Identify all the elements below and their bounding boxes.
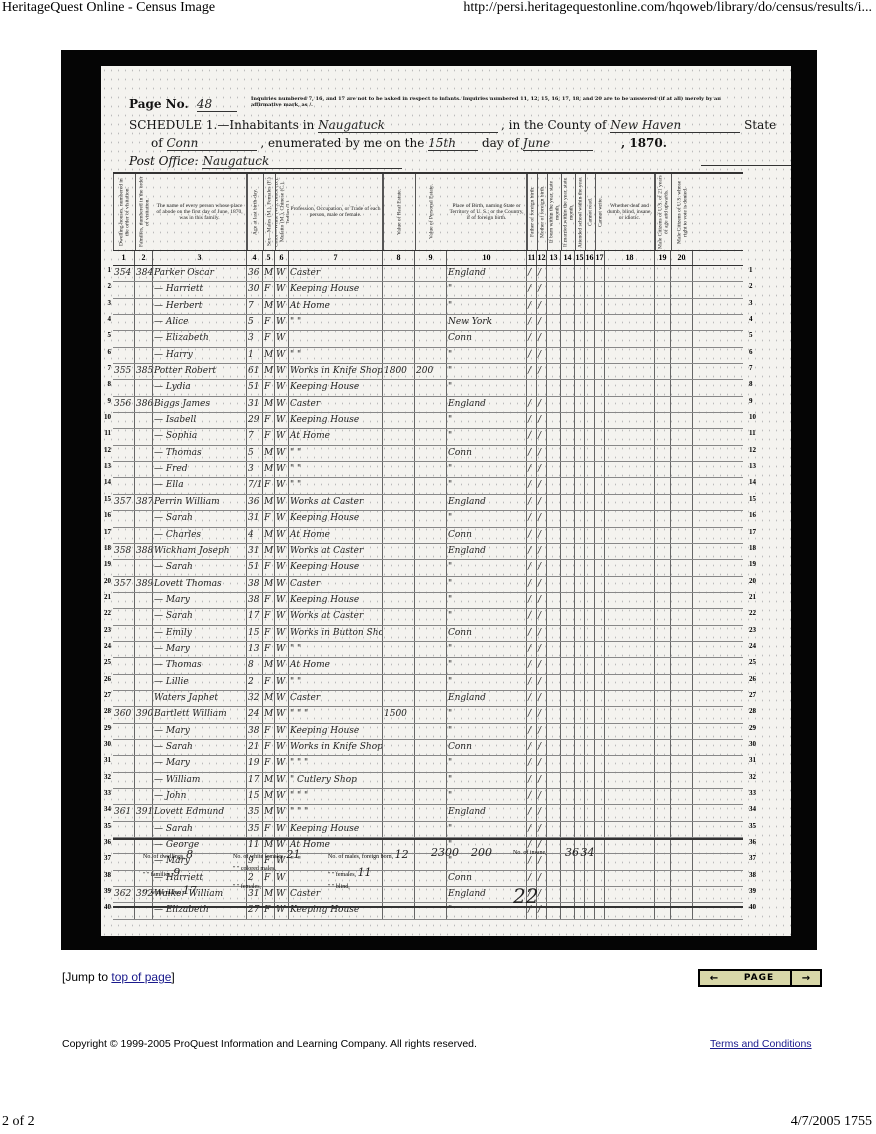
next-page-button[interactable]: → [790, 971, 820, 985]
cell-empty [655, 413, 671, 428]
cell-empty [671, 740, 693, 755]
cell-empty [605, 675, 655, 690]
cell-mp: / [537, 478, 547, 493]
cell-empty [655, 282, 671, 297]
line-number: 25 [101, 658, 111, 666]
cell-sex: F [263, 478, 275, 493]
table-row: 35— Sarah35FWKeeping House"//35 [113, 822, 743, 838]
line-number: 19 [101, 560, 111, 568]
cell-empty [585, 462, 595, 477]
cell-age: 7/12 [247, 478, 263, 493]
cell-birthplace: England [447, 495, 527, 510]
cell-personal: 200 [415, 364, 447, 379]
cell-empty [595, 364, 605, 379]
cell-empty [605, 658, 655, 673]
cell-empty [547, 380, 561, 395]
cell-sex: F [263, 822, 275, 837]
cell-sex: F [263, 724, 275, 739]
cell-age: 51 [247, 380, 263, 395]
cell-family [135, 511, 153, 526]
line-number: 5 [101, 331, 111, 339]
jump-to-top: [Jump to top of page] [62, 970, 175, 984]
cell-fp: / [527, 462, 537, 477]
cell-fp: / [527, 315, 537, 330]
table-row: 18358388Wickham Joseph31MWWorks at Caste… [113, 544, 743, 560]
cell-empty [655, 495, 671, 510]
table-row: 14— Ella7/12FW" ""//14 [113, 478, 743, 494]
cell-age: 35 [247, 822, 263, 837]
cell-name: — Mary [153, 593, 247, 608]
page-summary: No. of dwellings, 8 " " families, 9 " " … [113, 838, 743, 908]
cell-empty [595, 495, 605, 510]
line-number: 14 [101, 478, 111, 486]
line-number-right: 7 [749, 364, 761, 372]
cell-real: 1500 [383, 707, 415, 722]
real-estate-total: 2300 [431, 846, 459, 859]
column-number-6: 6 [275, 251, 289, 265]
cell-sex: F [263, 626, 275, 641]
table-row: 29— Mary38FWKeeping House"//29 [113, 724, 743, 740]
cell-sex: M [263, 691, 275, 706]
cell-name: Perrin William [153, 495, 247, 510]
cell-occupation: Keeping House [289, 593, 383, 608]
line-number-right: 40 [749, 903, 761, 911]
cell-empty [671, 789, 693, 804]
cell-dwelling [113, 528, 135, 543]
cell-color: W [275, 495, 289, 510]
cell-age: 38 [247, 724, 263, 739]
line-number-right: 23 [749, 626, 761, 634]
column-number-18: 18 [605, 251, 655, 265]
cell-mp: / [537, 266, 547, 281]
cell-empty [561, 707, 575, 722]
cell-empty [575, 577, 585, 592]
cell-fp: / [527, 528, 537, 543]
cell-occupation: At Home [289, 658, 383, 673]
line-number-right: 8 [749, 380, 761, 388]
cell-dwelling [113, 315, 135, 330]
cell-empty [595, 756, 605, 771]
column-number-8: 8 [383, 251, 415, 265]
line-number: 3 [101, 299, 111, 307]
cell-empty [655, 626, 671, 641]
cell-color: W [275, 724, 289, 739]
cell-empty [585, 511, 595, 526]
cell-empty [671, 560, 693, 575]
cell-age: 15 [247, 789, 263, 804]
top-of-page-link[interactable]: top of page [111, 970, 171, 984]
column-number-10: 10 [447, 251, 527, 265]
census-image-viewer: Page No. 48 Inquiries numbered 7, 16, an… [61, 50, 817, 950]
page-label: PAGE [728, 971, 790, 985]
cell-family [135, 626, 153, 641]
cell-empty [605, 609, 655, 624]
day-value: 15th [428, 136, 478, 151]
cell-family: 385 [135, 364, 153, 379]
cell-empty [585, 560, 595, 575]
cell-family [135, 609, 153, 624]
cell-empty [595, 740, 605, 755]
line-number-right: 17 [749, 528, 761, 536]
terms-and-conditions-link[interactable]: Terms and Conditions [710, 1038, 812, 1050]
cell-occupation: Caster [289, 266, 383, 281]
cell-fp: / [527, 593, 537, 608]
cell-mp: / [537, 789, 547, 804]
cell-birthplace: England [447, 266, 527, 281]
cell-empty [655, 593, 671, 608]
foreign-males-count: No. of males, foreign born, 12 [328, 848, 409, 861]
line-number-right: 28 [749, 707, 761, 715]
cell-age: 35 [247, 805, 263, 820]
cell-color: W [275, 626, 289, 641]
cell-real [383, 658, 415, 673]
cell-birthplace: " [447, 773, 527, 788]
cell-empty [585, 413, 595, 428]
cell-personal [415, 740, 447, 755]
cell-sex: M [263, 364, 275, 379]
cell-empty [585, 724, 595, 739]
cell-mp: / [537, 495, 547, 510]
cell-color: W [275, 805, 289, 820]
cell-occupation: Keeping House [289, 380, 383, 395]
cell-empty [655, 528, 671, 543]
cell-empty [655, 446, 671, 461]
cell-empty [605, 331, 655, 346]
cell-personal [415, 315, 447, 330]
line-number: 32 [101, 773, 111, 781]
cell-family: 391 [135, 805, 153, 820]
column-number-13: 13 [547, 251, 561, 265]
cell-sex: F [263, 740, 275, 755]
page-navigator: ← PAGE → [698, 969, 822, 987]
cell-empty [595, 528, 605, 543]
cell-personal [415, 626, 447, 641]
cell-mp: / [537, 805, 547, 820]
cell-real [383, 691, 415, 706]
cell-color: W [275, 429, 289, 444]
cell-dwelling: 356 [113, 397, 135, 412]
table-row: 22— Sarah17FWWorks at Caster"//22 [113, 609, 743, 625]
line-number: 35 [101, 822, 111, 830]
cell-empty [595, 593, 605, 608]
cell-mp: / [537, 331, 547, 346]
cell-dwelling [113, 822, 135, 837]
table-row: 34361391Lovett Edmund35MW" " "England//3… [113, 805, 743, 821]
cell-fp: / [527, 266, 537, 281]
cell-family [135, 348, 153, 363]
cell-personal [415, 397, 447, 412]
cell-color: W [275, 413, 289, 428]
cell-real [383, 773, 415, 788]
table-row: 9356386Biggs James31MWCasterEngland//9 [113, 397, 743, 413]
cell-empty [547, 315, 561, 330]
line-number: 37 [101, 854, 111, 862]
cell-empty [605, 348, 655, 363]
cell-birthplace: " [447, 658, 527, 673]
census-year: , 1870. [621, 136, 667, 150]
cell-empty [605, 282, 655, 297]
column-number-20: 20 [671, 251, 693, 265]
post-office-line: Post Office: Naugatuck [129, 154, 402, 169]
cell-empty [671, 478, 693, 493]
cell-personal [415, 724, 447, 739]
blind-count: " " blind, [328, 884, 350, 890]
column-number-9: 9 [415, 251, 447, 265]
cell-empty [561, 642, 575, 657]
cell-dwelling [113, 626, 135, 641]
cell-empty [595, 675, 605, 690]
cell-empty [605, 478, 655, 493]
cell-family [135, 315, 153, 330]
cell-empty [547, 675, 561, 690]
cell-birthplace: " [447, 429, 527, 444]
cell-name: — Lillie [153, 675, 247, 690]
cell-empty [561, 609, 575, 624]
cell-empty [595, 707, 605, 722]
line-number: 1 [101, 266, 111, 274]
cell-sex: M [263, 495, 275, 510]
cell-dwelling [113, 413, 135, 428]
cell-age: 5 [247, 446, 263, 461]
cell-empty [561, 822, 575, 837]
previous-page-button[interactable]: ← [700, 971, 728, 985]
cell-empty [575, 429, 585, 444]
cell-real [383, 822, 415, 837]
line-number: 15 [101, 495, 111, 503]
cell-empty [561, 446, 575, 461]
cell-dwelling [113, 380, 135, 395]
table-row: 15357387Perrin William36MWWorks at Caste… [113, 495, 743, 511]
cell-empty [585, 478, 595, 493]
cell-real [383, 266, 415, 281]
cell-empty [671, 299, 693, 314]
cell-empty [655, 773, 671, 788]
cell-age: 17 [247, 609, 263, 624]
line-number: 39 [101, 887, 111, 895]
schedule-line: SCHEDULE 1.—Inhabitants in Naugatuck [129, 118, 498, 133]
cell-empty [547, 609, 561, 624]
families-count: " " families, 9 [143, 866, 180, 879]
cell-dwelling [113, 429, 135, 444]
cell-age: 3 [247, 462, 263, 477]
cell-empty [671, 707, 693, 722]
cell-empty [561, 724, 575, 739]
cell-color: W [275, 560, 289, 575]
line-number-right: 2 [749, 282, 761, 290]
cell-real [383, 642, 415, 657]
cell-real [383, 413, 415, 428]
cell-birthplace: " [447, 299, 527, 314]
cell-empty [575, 626, 585, 641]
cell-name: — Thomas [153, 658, 247, 673]
cell-sex: F [263, 756, 275, 771]
cell-sex: F [263, 593, 275, 608]
cell-real [383, 282, 415, 297]
cell-fp: / [527, 429, 537, 444]
cell-dwelling: 357 [113, 495, 135, 510]
cell-empty [655, 511, 671, 526]
cell-occupation: Keeping House [289, 511, 383, 526]
cell-age: 30 [247, 282, 263, 297]
line-number: 26 [101, 675, 111, 683]
cell-mp: / [537, 315, 547, 330]
cell-empty [575, 364, 585, 379]
cell-family [135, 380, 153, 395]
cell-empty [655, 397, 671, 412]
cell-family [135, 675, 153, 690]
cell-mp: / [537, 707, 547, 722]
cell-personal [415, 282, 447, 297]
cell-birthplace: " [447, 724, 527, 739]
cell-birthplace: England [447, 691, 527, 706]
cell-real [383, 609, 415, 624]
cell-personal [415, 675, 447, 690]
cell-fp: / [527, 495, 537, 510]
cell-name: — Harry [153, 348, 247, 363]
cell-empty [655, 315, 671, 330]
cell-empty [561, 560, 575, 575]
cell-color: W [275, 462, 289, 477]
line-number-right: 15 [749, 495, 761, 503]
cell-empty [575, 658, 585, 673]
cell-mp: / [537, 462, 547, 477]
cell-age: 3 [247, 331, 263, 346]
column-number-5: 5 [263, 251, 275, 265]
cell-empty [561, 299, 575, 314]
cell-dwelling [113, 756, 135, 771]
cell-empty [671, 626, 693, 641]
cell-empty [585, 642, 595, 657]
cell-empty [575, 560, 585, 575]
cell-empty [595, 413, 605, 428]
cell-empty [575, 462, 585, 477]
cell-birthplace: " [447, 282, 527, 297]
cell-occupation: Works in Knife Shop [289, 740, 383, 755]
cell-mp: / [537, 413, 547, 428]
cell-family [135, 642, 153, 657]
cell-birthplace: " [447, 462, 527, 477]
cell-occupation: " " [289, 348, 383, 363]
cell-occupation: " " [289, 462, 383, 477]
cell-dwelling [113, 658, 135, 673]
page-number-value: 48 [197, 97, 237, 112]
cell-fp: / [527, 658, 537, 673]
cell-empty [547, 511, 561, 526]
line-number: 16 [101, 511, 111, 519]
cell-birthplace: " [447, 789, 527, 804]
cell-dwelling [113, 593, 135, 608]
cell-age: 38 [247, 593, 263, 608]
column-number-12: 12 [537, 251, 547, 265]
cell-empty [655, 675, 671, 690]
cell-empty [547, 446, 561, 461]
cell-empty [655, 756, 671, 771]
cell-empty [595, 348, 605, 363]
print-page-count: 2 of 2 [2, 1114, 35, 1130]
cell-real [383, 462, 415, 477]
cell-empty [575, 773, 585, 788]
cell-empty [575, 528, 585, 543]
cell-empty [595, 609, 605, 624]
line-number: 21 [101, 593, 111, 601]
cell-empty [575, 282, 585, 297]
cell-dwelling [113, 691, 135, 706]
state-value: Conn [167, 136, 257, 151]
cell-color: W [275, 789, 289, 804]
cell-empty [585, 331, 595, 346]
cell-personal [415, 299, 447, 314]
cell-empty [595, 299, 605, 314]
cell-dwelling [113, 675, 135, 690]
column-header-12: Mother of foreign birth. [537, 174, 547, 250]
cell-family [135, 691, 153, 706]
cell-color: W [275, 511, 289, 526]
cell-empty [547, 626, 561, 641]
line-number-right: 12 [749, 446, 761, 454]
cell-empty [575, 446, 585, 461]
cell-dwelling [113, 511, 135, 526]
cell-name: — Sophia [153, 429, 247, 444]
cell-name: — Alice [153, 315, 247, 330]
cell-empty [655, 380, 671, 395]
cell-empty [575, 593, 585, 608]
cell-empty [671, 805, 693, 820]
cell-empty [561, 773, 575, 788]
cell-empty [575, 266, 585, 281]
cell-mp: / [537, 282, 547, 297]
cell-name: — Sarah [153, 511, 247, 526]
cell-empty [575, 642, 585, 657]
cell-color: W [275, 740, 289, 755]
cell-empty [561, 511, 575, 526]
cell-age: 15 [247, 626, 263, 641]
cell-empty [671, 397, 693, 412]
cell-empty [671, 413, 693, 428]
line-number: 38 [101, 871, 111, 879]
cell-empty [585, 740, 595, 755]
cell-occupation: At Home [289, 299, 383, 314]
table-row: 31— Mary19FW" " ""//31 [113, 756, 743, 772]
cell-personal [415, 773, 447, 788]
column-header-5: Sex—Males (M.), Females (F.) [263, 174, 275, 250]
cell-empty [575, 609, 585, 624]
cell-empty [671, 544, 693, 559]
cell-family [135, 282, 153, 297]
cell-empty [547, 560, 561, 575]
insane-count: No. of insane, [513, 850, 547, 856]
cell-family: 387 [135, 495, 153, 510]
cell-empty [671, 380, 693, 395]
table-row: 24— Mary13FW" ""//24 [113, 642, 743, 658]
cell-empty [595, 805, 605, 820]
dwellings-count: No. of dwellings, 8 [143, 848, 193, 861]
cell-color: W [275, 380, 289, 395]
cell-empty [547, 528, 561, 543]
cell-empty [561, 740, 575, 755]
cell-name: — Sarah [153, 609, 247, 624]
cell-name: Wickham Joseph [153, 544, 247, 559]
cell-empty [655, 642, 671, 657]
cell-empty [547, 773, 561, 788]
table-row: 19— Sarah51FWKeeping House"//19 [113, 560, 743, 576]
column-header-19: Male Citizens of U.S. of 21 years of age… [655, 174, 671, 250]
cell-family [135, 773, 153, 788]
line-number-right: 20 [749, 577, 761, 585]
cell-empty [575, 478, 585, 493]
cell-occupation: Caster [289, 577, 383, 592]
cell-empty [605, 577, 655, 592]
cell-empty [547, 266, 561, 281]
